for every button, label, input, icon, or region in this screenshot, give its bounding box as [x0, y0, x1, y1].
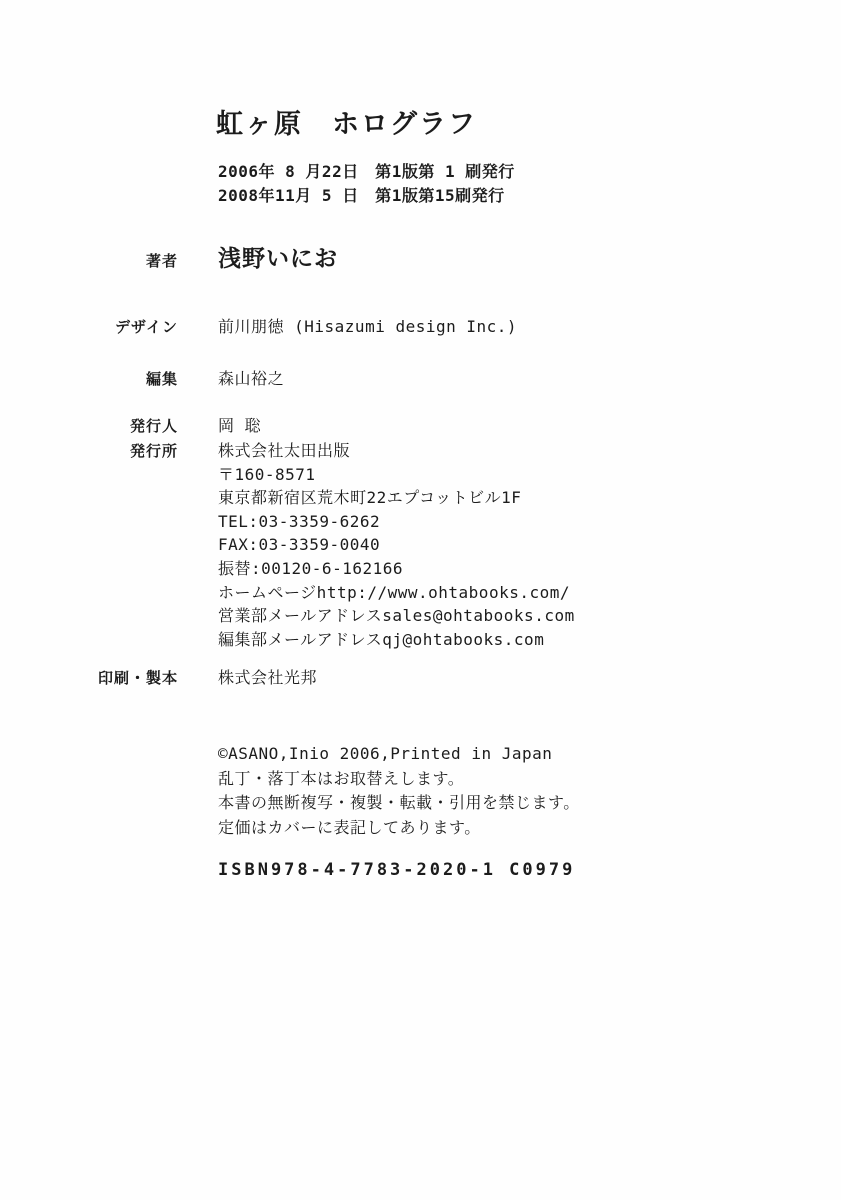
publisher-tel: TEL:03-3359-6262: [218, 510, 575, 534]
credit-row-publisher: 発行所 株式会社太田出版 〒160-8571 東京都新宿区荒木町22エプコットビ…: [0, 439, 841, 651]
printing-history-line-1: 2006年 8 月22日 第1版第 1 刷発行: [218, 160, 841, 184]
publisher-homepage: ホームページhttp://www.ohtabooks.com/: [218, 581, 575, 605]
reproduction-notice: 本書の無断複写・複製・転載・引用を禁じます。: [218, 791, 841, 816]
publisher-fax: FAX:03-3359-0040: [218, 533, 575, 557]
defective-copy-notice: 乱丁・落丁本はお取替えします。: [218, 767, 841, 792]
publisher-company: 株式会社太田出版: [218, 439, 575, 463]
publisher-person-label: 発行人: [0, 415, 178, 436]
editing-label: 編集: [0, 368, 178, 389]
printing-label: 印刷・製本: [0, 667, 178, 688]
publisher-details: 株式会社太田出版 〒160-8571 東京都新宿区荒木町22エプコットビル1F …: [218, 439, 575, 651]
credit-row-design: デザイン 前川朋徳 (Hisazumi design Inc.): [0, 315, 841, 339]
printing-history-line-2: 2008年11月 5 日 第1版第15刷発行: [218, 184, 841, 208]
credit-row-publisher-person: 発行人 岡 聡: [0, 414, 841, 438]
book-title: 虹ヶ原 ホログラフ: [216, 110, 841, 140]
legal-notices: ©ASANO,Inio 2006,Printed in Japan 乱丁・落丁本…: [218, 742, 841, 840]
copyright-notice: ©ASANO,Inio 2006,Printed in Japan: [218, 742, 841, 767]
author-label: 著者: [0, 250, 178, 271]
publisher-sales-email: 営業部メールアドレスsales@ohtabooks.com: [218, 604, 575, 628]
publisher-label: 発行所: [0, 440, 178, 461]
designer-name: 前川朋徳 (Hisazumi design Inc.): [218, 315, 517, 339]
editor-name: 森山裕之: [218, 367, 284, 391]
credit-row-author: 著者 浅野いにお: [0, 246, 841, 274]
author-name: 浅野いにお: [218, 246, 338, 274]
publisher-postal-transfer: 振替:00120-6-162166: [218, 557, 575, 581]
publisher-editorial-email: 編集部メールアドレスqj@ohtabooks.com: [218, 628, 575, 652]
credit-row-printing: 印刷・製本 株式会社光邦: [0, 666, 841, 690]
colophon-content: 虹ヶ原 ホログラフ 2006年 8 月22日 第1版第 1 刷発行 2008年1…: [0, 0, 841, 880]
publisher-person-name: 岡 聡: [218, 414, 261, 438]
printing-history: 2006年 8 月22日 第1版第 1 刷発行 2008年11月 5 日 第1版…: [218, 160, 841, 208]
colophon-page: 虹ヶ原 ホログラフ 2006年 8 月22日 第1版第 1 刷発行 2008年1…: [0, 0, 841, 1200]
printing-company: 株式会社光邦: [218, 666, 317, 690]
publisher-postal-code: 〒160-8571: [218, 463, 575, 487]
design-label: デザイン: [0, 316, 178, 337]
price-notice: 定価はカバーに表記してあります。: [218, 816, 841, 841]
publisher-address: 東京都新宿区荒木町22エプコットビル1F: [218, 486, 575, 510]
isbn-code: ISBN978-4-7783-2020-1 C0979: [218, 860, 841, 880]
credit-row-editing: 編集 森山裕之: [0, 367, 841, 391]
